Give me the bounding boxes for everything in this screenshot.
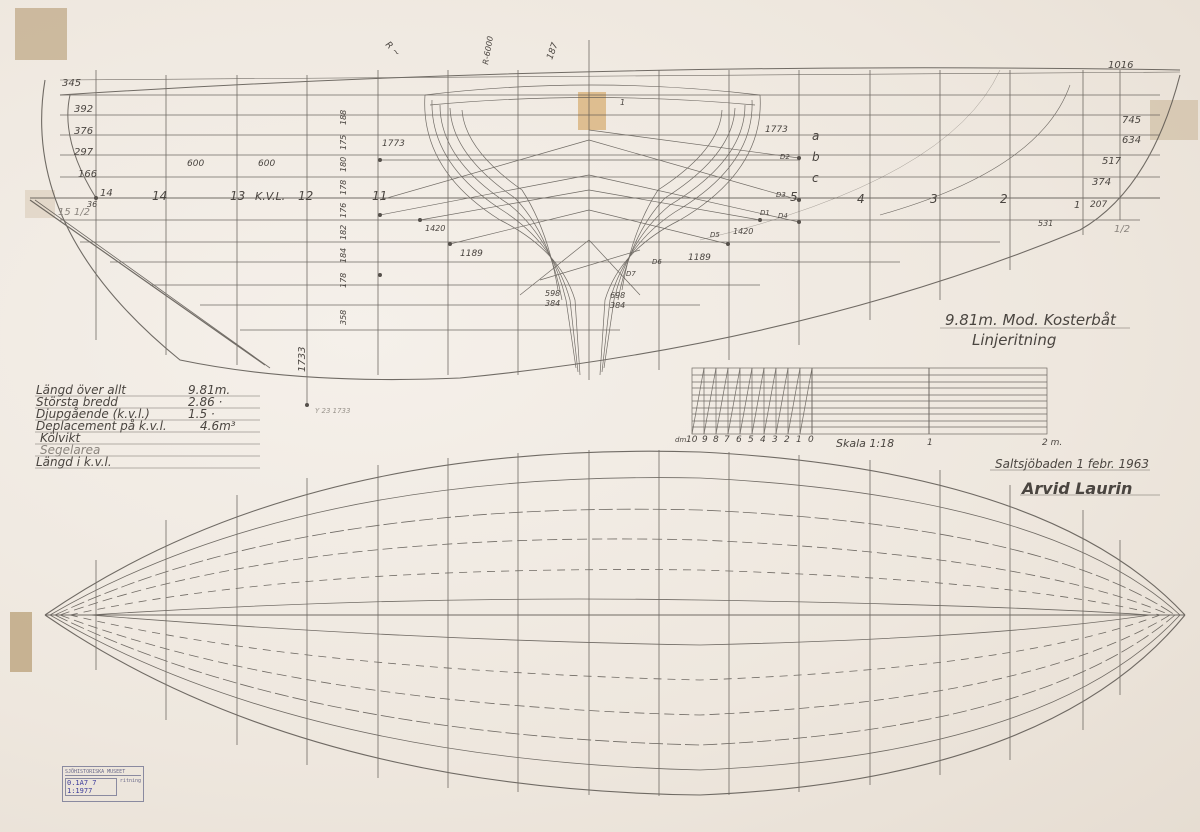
waterline-b: b [812, 150, 820, 164]
station-14-marker: 14 [100, 188, 113, 199]
stern-height-1016: 1016 [1108, 60, 1133, 71]
museum-stamp: SJÖHISTORISKA MUSEET 0.1A7 7 1:1977 ritn… [62, 766, 144, 802]
bow-height-345: 345 [62, 78, 81, 89]
radius-label-r: R ~ [383, 40, 402, 59]
bp-right-698: 698 [610, 291, 625, 300]
scale-tick-1: 1 [796, 435, 802, 445]
vdim-188: 188 [339, 110, 348, 125]
station-4: 4 [857, 192, 865, 206]
scale-tick-0: 0 [808, 435, 814, 445]
title-block: 9.81m. Mod. Kosterbåt Linjeritning [945, 311, 1117, 349]
stamp-number: 0.1A7 7 1:1977 [65, 778, 117, 796]
scale-tick-5: 5 [748, 435, 754, 445]
half-breadth-plan [45, 450, 1185, 796]
station-14: 14 [152, 189, 167, 203]
stern-height-531: 531 [1038, 219, 1053, 228]
vdim-178: 178 [339, 180, 348, 195]
scale-bar [692, 368, 1047, 434]
centre-mark: 1 [620, 98, 625, 107]
bp-left-1773: 1773 [382, 139, 405, 149]
vdim-180: 180 [339, 157, 348, 172]
station-2: 2 [1000, 192, 1008, 206]
radius-label-187: 187 [545, 41, 560, 61]
bp-right-384: 384 [610, 301, 625, 310]
stern-height-517: 517 [1102, 156, 1122, 167]
stamp-museum: SJÖHISTORISKA MUSEET [65, 769, 141, 776]
bow-height-376: 376 [74, 126, 93, 137]
vdim-178b: 178 [339, 273, 348, 288]
scale-major-1: 1 [927, 438, 933, 448]
scale-major-2: 2 m. [1042, 438, 1062, 448]
waterline-c: c [812, 171, 819, 185]
scale-tick-10: 10 [686, 435, 698, 445]
waterline-a: a [812, 129, 819, 143]
bow-height-166: 166 [78, 169, 97, 180]
scale-tick-2: 2 [784, 435, 790, 445]
scale-tick-7: 7 [724, 435, 730, 445]
diagonal-points [94, 156, 801, 407]
bow-height-297: 297 [74, 147, 94, 158]
station-12: 12 [298, 189, 313, 203]
spec-lwl-label: Längd i k.v.l. [36, 455, 112, 469]
diag-d2: D2 [780, 153, 790, 161]
drawing-subtitle: Linjeritning [972, 331, 1056, 349]
scale-unit-dm: dm [675, 436, 686, 444]
station-5: 5 [790, 190, 798, 204]
diag-d4: D4 [778, 212, 788, 220]
place-date: Saltsjöbaden 1 febr. 1963 [995, 457, 1149, 471]
lines-drawing-sheet: 345 392 376 297 166 36 14 15 1/2 14 13 K… [0, 0, 1200, 832]
drawing-title: 9.81m. Mod. Kosterbåt [945, 311, 1117, 329]
radius-label-6000: R-6000 [481, 35, 495, 65]
designer-signature: Arvid Laurin [1020, 479, 1132, 498]
drawing-canvas: 345 392 376 297 166 36 14 15 1/2 14 13 K… [0, 0, 1200, 832]
stern-height-634: 634 [1122, 135, 1141, 146]
spacing-600-a: 600 [187, 159, 204, 169]
stamp-type: ritning [120, 778, 141, 796]
signature-block: Saltsjöbaden 1 febr. 1963 Arvid Laurin [995, 457, 1149, 498]
scale-tick-3: 3 [772, 435, 778, 445]
bp-left-384: 384 [545, 299, 560, 308]
diag-d5: D5 [710, 231, 720, 239]
vdim-358: 358 [339, 310, 348, 325]
profile-waterlines [30, 95, 1160, 330]
bp-right-1420: 1420 [733, 227, 753, 236]
vdim-184: 184 [339, 248, 348, 263]
scale-tick-9: 9 [702, 435, 708, 445]
vdim-1733: 1733 [297, 347, 308, 372]
stern-height-207: 207 [1090, 200, 1107, 210]
station-1: 1 [1074, 200, 1080, 211]
stern-height-745: 745 [1122, 115, 1141, 126]
station-11: 11 [372, 189, 387, 203]
diag-d1: D1 [760, 209, 770, 217]
bp-left-598: 598 [545, 289, 560, 298]
station-3: 3 [930, 192, 938, 206]
profile-labels: 345 392 376 297 166 36 14 15 1/2 14 13 K… [58, 60, 1141, 235]
station-half: 1/2 [1114, 224, 1130, 235]
diag-d3: D3 [776, 191, 786, 199]
vdim-182: 182 [339, 225, 348, 240]
bp-right-1189: 1189 [688, 253, 711, 263]
dim-note-1733: Y 23 1733 [315, 407, 350, 415]
spec-displacement-value: 4.6m³ [200, 419, 236, 433]
scale-label: Skala 1:18 [836, 437, 894, 450]
scale-tick-8: 8 [713, 435, 719, 445]
kvl-label: K.V.L. [255, 190, 285, 203]
vdim-176: 176 [339, 203, 348, 218]
scale-tick-4: 4 [760, 435, 766, 445]
station-15-half: 15 1/2 [58, 207, 90, 218]
diag-d6: D6 [652, 258, 662, 266]
stern-height-374: 374 [1092, 177, 1111, 188]
spacing-600-b: 600 [258, 159, 275, 169]
bp-left-1189: 1189 [460, 249, 483, 259]
station-13: 13 [230, 189, 245, 203]
scale-tick-6: 6 [736, 435, 742, 445]
bp-left-1420: 1420 [425, 224, 445, 233]
sheer-line [60, 68, 1180, 95]
bp-right-1773: 1773 [765, 125, 788, 135]
diag-d7: D7 [626, 270, 636, 278]
scale-labels: dm 10 9 8 7 6 5 4 3 2 1 0 Skala 1:18 1 2… [675, 435, 1062, 450]
bow-height-392: 392 [74, 104, 93, 115]
vdim-175: 175 [339, 135, 348, 150]
